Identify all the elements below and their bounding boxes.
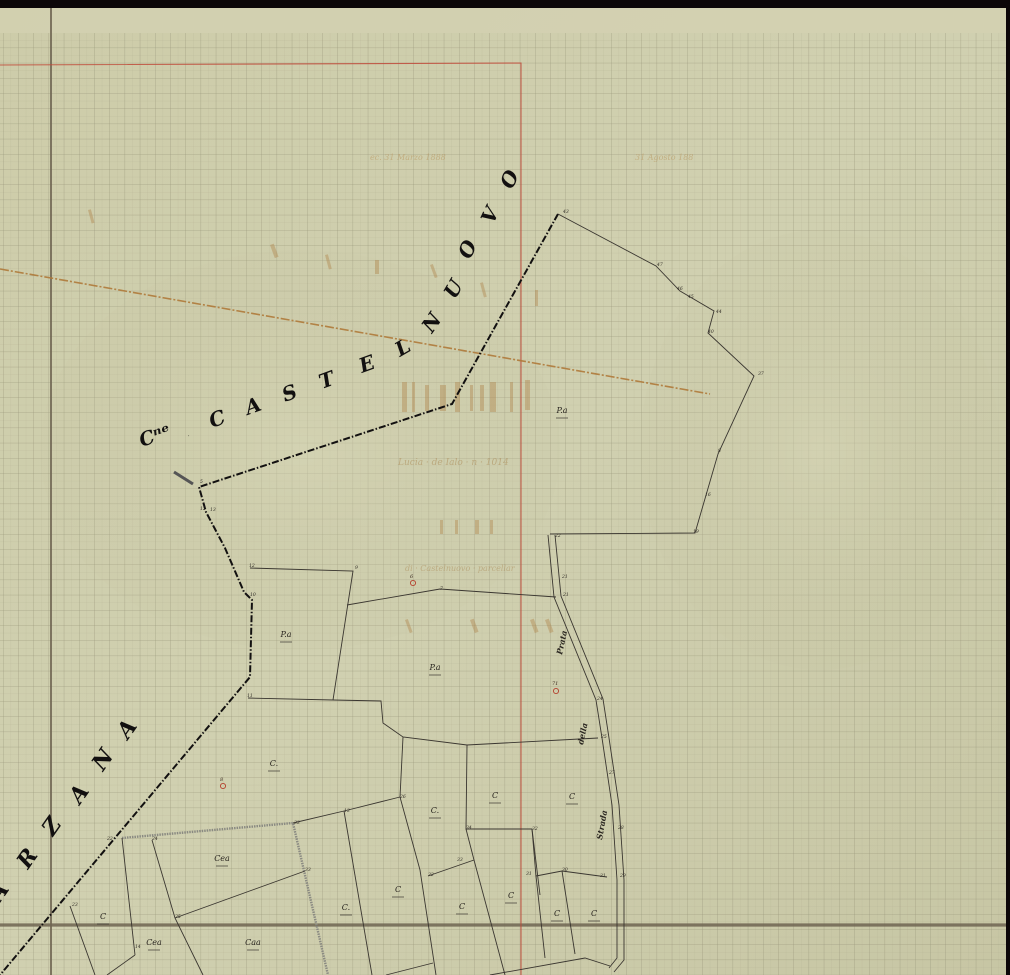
parcel-label: C bbox=[508, 891, 514, 900]
vertex-number: 31 bbox=[600, 873, 606, 879]
parcel-label: C bbox=[492, 791, 498, 800]
vertex-number: 8 bbox=[718, 448, 721, 454]
vertex-number: 24 bbox=[596, 696, 603, 702]
survey-point-label: 71 bbox=[552, 681, 558, 687]
vertex-number: 11 bbox=[247, 693, 253, 699]
parcel-label: P.a bbox=[428, 663, 440, 672]
parcel-label: C bbox=[569, 792, 575, 801]
vertex-number: 7 bbox=[440, 586, 443, 592]
scan-border-right bbox=[1006, 0, 1010, 975]
vertex-number: 33 bbox=[305, 867, 311, 873]
vertex-number: 28 bbox=[617, 825, 624, 831]
vertex-number: 32 bbox=[428, 872, 434, 878]
vertex-number: 33 bbox=[294, 820, 300, 826]
vertex-number: 12 bbox=[249, 563, 255, 569]
vertex-number: 5 bbox=[200, 479, 203, 485]
vertex-number: 21 bbox=[562, 592, 569, 598]
vertex-number: 33 bbox=[457, 857, 463, 863]
vertex-number: 45 bbox=[687, 294, 694, 300]
vertex-number: 27 bbox=[608, 770, 615, 776]
svg-text:31 Agosto 188: 31 Agosto 188 bbox=[635, 153, 693, 162]
vertex-number: 22 bbox=[554, 533, 561, 539]
parcel-label: C bbox=[554, 909, 560, 918]
svg-text:di · Castelnuovo · parcellar: di · Castelnuovo · parcellar bbox=[405, 564, 516, 573]
parcel-label: C. bbox=[270, 759, 278, 768]
parcel-label: Cea bbox=[214, 854, 230, 863]
vertex-number: 9 bbox=[355, 565, 358, 571]
scan-border-top bbox=[0, 0, 1010, 8]
parcel-label: C. bbox=[431, 806, 439, 815]
vertex-number: 13 bbox=[344, 808, 350, 814]
vertex-number: 29 bbox=[619, 873, 626, 879]
parcel-label: C. bbox=[342, 903, 350, 912]
svg-text:ec. 31 Marzo 1888: ec. 31 Marzo 1888 bbox=[370, 153, 446, 162]
parcel-label: C bbox=[100, 912, 106, 921]
vertex-number: 37 bbox=[758, 371, 764, 377]
vertex-number: 43 bbox=[562, 209, 569, 215]
vertex-number: 34 bbox=[466, 825, 472, 831]
vertex-number: 13 bbox=[210, 507, 216, 513]
vertex-number: 25 bbox=[600, 734, 607, 740]
vertex-number: 44 bbox=[715, 309, 722, 315]
parcel-label: P.a bbox=[555, 406, 567, 415]
vertex-number: 10 bbox=[250, 592, 256, 598]
vertex-number: 46 bbox=[676, 286, 683, 292]
survey-point-label: 8 bbox=[220, 777, 223, 783]
cadastral-map: ec. 31 Marzo 1888 31 Agosto 188 Lucia · … bbox=[0, 0, 1010, 975]
vertex-number: 40 bbox=[707, 329, 714, 335]
vertex-number: 14 bbox=[135, 944, 141, 950]
vertex-number: 31 bbox=[526, 871, 532, 877]
vertex-number: 12 bbox=[200, 506, 206, 512]
vertex-number: 35 bbox=[175, 914, 181, 920]
svg-text:Lucia · de Ialo · n · 1014: Lucia · de Ialo · n · 1014 bbox=[397, 458, 509, 468]
vertex-number: 32 bbox=[532, 826, 538, 832]
vertex-number: 24 bbox=[151, 836, 158, 842]
top-margin bbox=[0, 7, 1006, 33]
parcel-label: P.a bbox=[279, 630, 291, 639]
vertex-number: 23 bbox=[71, 902, 78, 908]
vertex-number: 30 bbox=[562, 867, 568, 873]
parcel-label: C bbox=[591, 909, 597, 918]
vertex-number: 19 bbox=[693, 529, 699, 535]
parcel-label: Cea bbox=[146, 938, 162, 947]
parcel-label: C bbox=[459, 902, 465, 911]
vertex-number: 47 bbox=[656, 262, 663, 268]
paper-stain bbox=[640, 230, 1000, 670]
parcel-label: C bbox=[395, 885, 401, 894]
map-canvas: ec. 31 Marzo 1888 31 Agosto 188 Lucia · … bbox=[0, 0, 1010, 975]
parcel-label: Caa bbox=[245, 938, 261, 947]
vertex-number: 26 bbox=[399, 794, 406, 800]
paper-stain bbox=[40, 250, 560, 650]
vertex-number: 16 bbox=[705, 492, 711, 498]
vertex-number: 22 bbox=[106, 836, 113, 842]
vertex-number: 21 bbox=[561, 574, 568, 580]
